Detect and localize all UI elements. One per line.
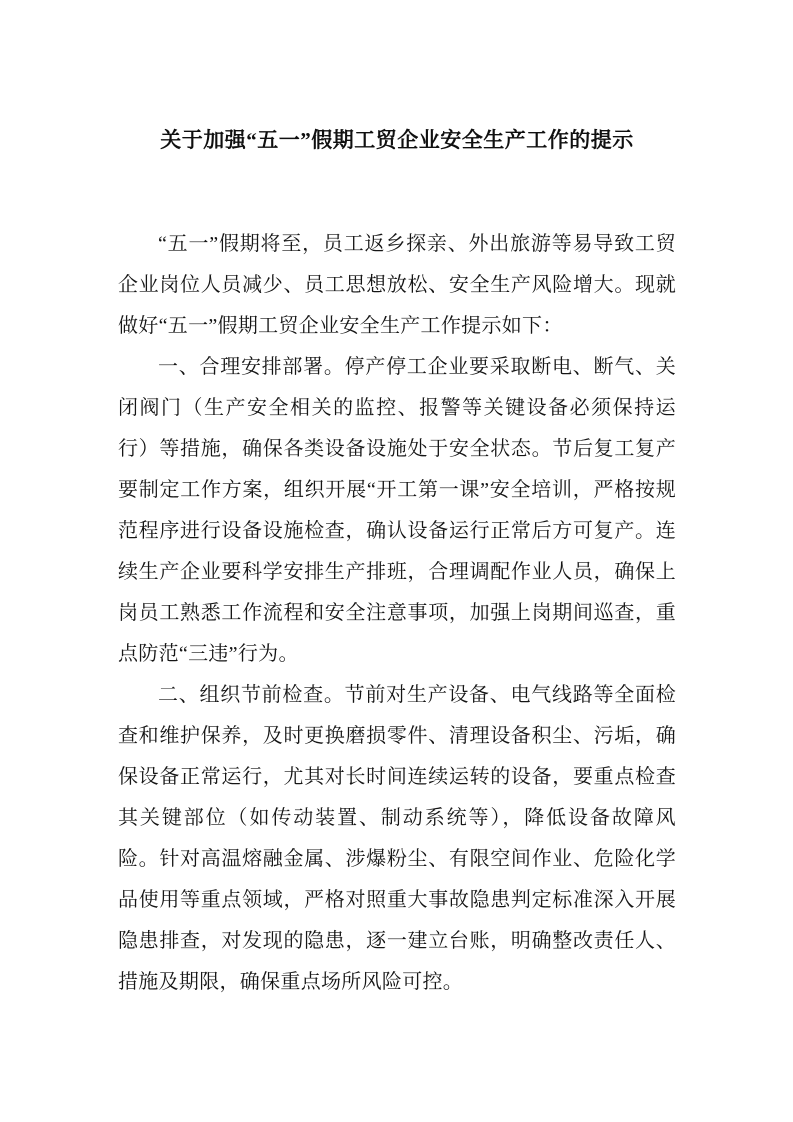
document-body: “五一”假期将至，员工返乡探亲、外出旅游等易导致工贸企业岗位人员减少、员工思想放… [118,224,676,1003]
document-page: 关于加强“五一”假期工贸企业安全生产工作的提示 “五一”假期将至，员工返乡探亲、… [0,0,793,1122]
paragraph-intro: “五一”假期将至，员工返乡探亲、外出旅游等易导致工贸企业岗位人员减少、员工思想放… [118,224,676,347]
paragraph-section-2: 二、组织节前检查。节前对生产设备、电气线路等全面检查和维护保养，及时更换磨损零件… [118,675,676,1003]
paragraph-section-1: 一、合理安排部署。停产停工企业要采取断电、断气、关闭阀门（生产安全相关的监控、报… [118,347,676,675]
document-title: 关于加强“五一”假期工贸企业安全生产工作的提示 [118,122,676,158]
